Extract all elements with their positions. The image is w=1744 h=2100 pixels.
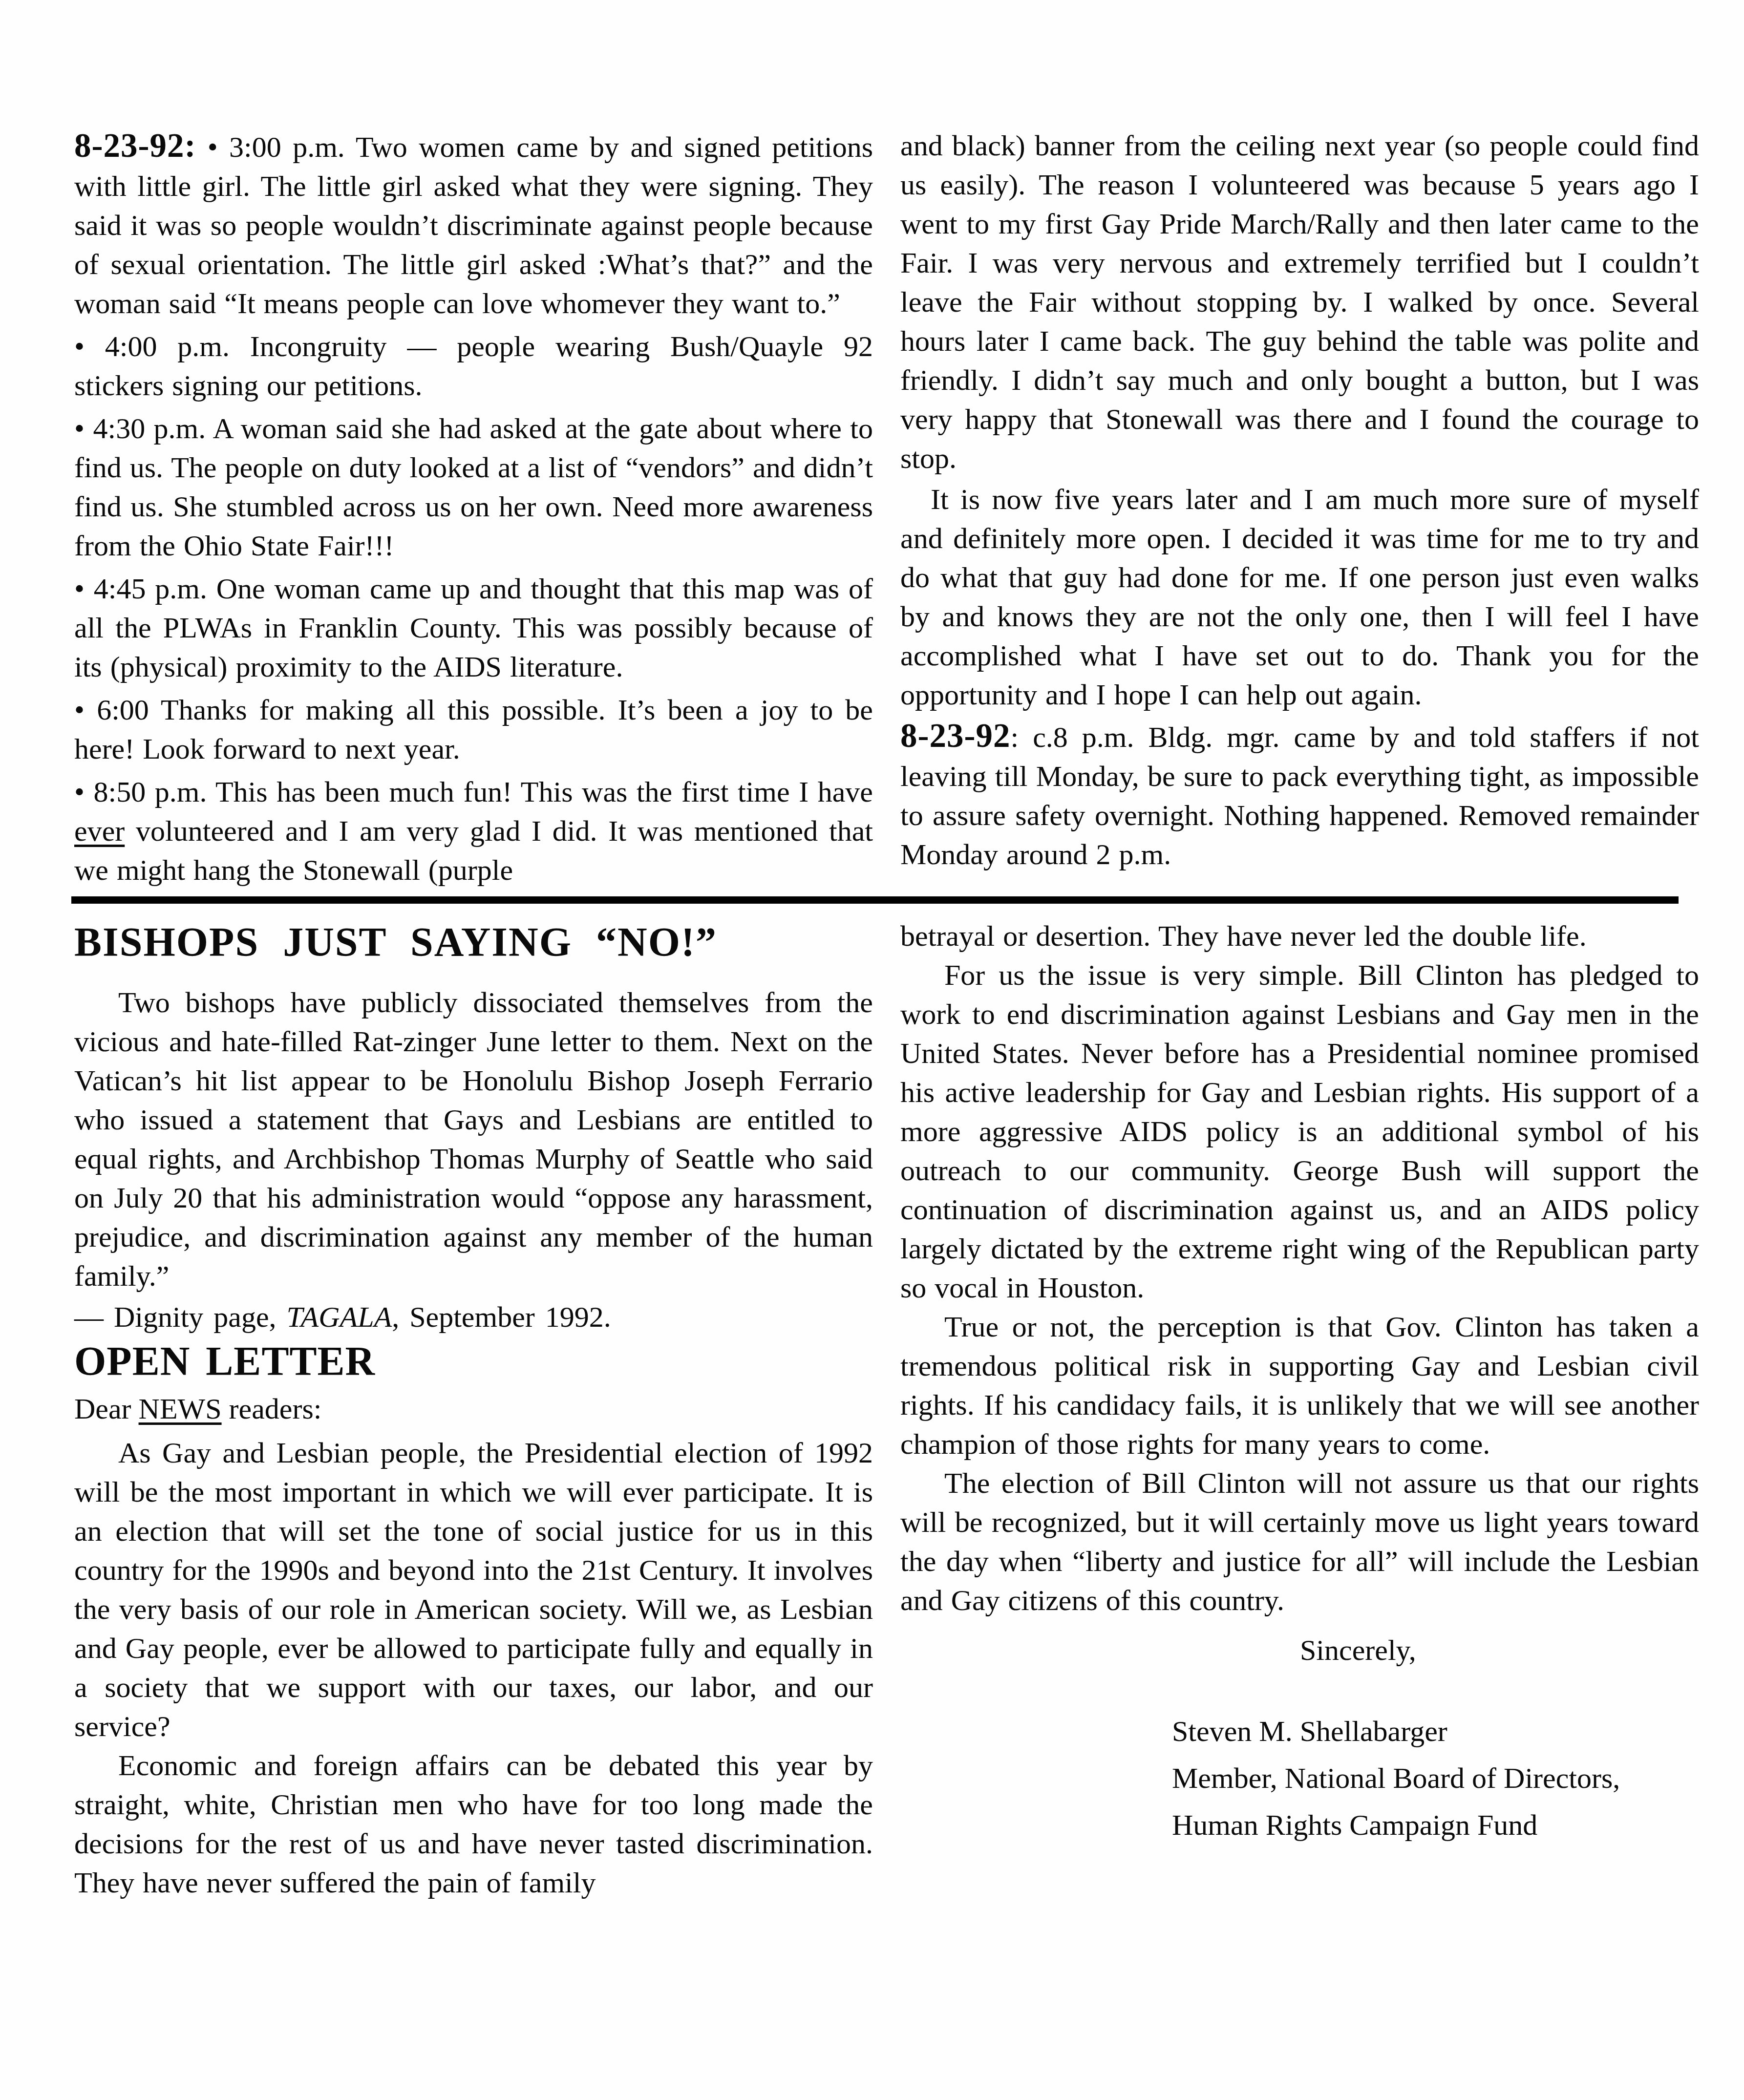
diary-entry: • 4:00 p.m. Incongruity — people wearing… xyxy=(74,327,873,405)
bottom-right-column: betrayal or desertion. They have never l… xyxy=(900,916,1699,1902)
diary-entry: • 8:50 p.m. This has been much fun! This… xyxy=(74,772,873,890)
diary-entry: 8-23-92: • 3:00 p.m. Two women came by a… xyxy=(74,126,873,323)
letter-closing: Sincerely, xyxy=(1300,1631,1699,1670)
signature-organization: Human Rights Campaign Fund xyxy=(1172,1802,1699,1848)
bishops-article-paragraph: Two bishops have publicly dissociated th… xyxy=(74,983,873,1295)
open-letter-paragraph: Economic and foreign affairs can be deba… xyxy=(74,1746,873,1902)
continued-line: betrayal or desertion. They have never l… xyxy=(900,916,1699,955)
scanned-newsletter-page: 8-23-92: • 3:00 p.m. Two women came by a… xyxy=(0,0,1744,2100)
diary-entry: 8-23-92: c.8 p.m. Bldg. mgr. came by and… xyxy=(900,716,1699,874)
volunteer-story-paragraph: It is now five years later and I am much… xyxy=(900,480,1699,714)
source-attribution: — Dignity page, TAGALA, September 1992. xyxy=(74,1296,873,1337)
section-divider-rule xyxy=(71,896,1679,904)
open-letter-paragraph: True or not, the perception is that Gov.… xyxy=(900,1307,1699,1464)
top-left-column: 8-23-92: • 3:00 p.m. Two women came by a… xyxy=(74,126,873,890)
bottom-left-column: BISHOPS JUST SAYING “NO!” Two bishops ha… xyxy=(74,916,873,1902)
signature-name: Steven M. Shellabarger xyxy=(1172,1708,1699,1755)
letter-salutation: Dear NEWS readers: xyxy=(74,1388,873,1429)
top-right-column: and black) banner from the ceiling next … xyxy=(900,126,1699,890)
signature-block: Steven M. Shellabarger Member, National … xyxy=(1172,1708,1699,1848)
diary-section: 8-23-92: • 3:00 p.m. Two women came by a… xyxy=(74,126,1699,890)
open-letter-paragraph: As Gay and Lesbian people, the President… xyxy=(74,1433,873,1746)
open-letter-headline: OPEN LETTER xyxy=(74,1338,873,1385)
diary-entry: • 4:30 p.m. A woman said she had asked a… xyxy=(74,409,873,565)
signature-title: Member, National Board of Directors, xyxy=(1172,1755,1699,1802)
articles-section: BISHOPS JUST SAYING “NO!” Two bishops ha… xyxy=(74,916,1699,1902)
volunteer-story-paragraph: and black) banner from the ceiling next … xyxy=(900,126,1699,478)
open-letter-paragraph: The election of Bill Clinton will not as… xyxy=(900,1464,1699,1620)
diary-entry: • 4:45 p.m. One woman came up and though… xyxy=(74,569,873,686)
bishops-headline: BISHOPS JUST SAYING “NO!” xyxy=(74,919,873,966)
open-letter-paragraph: For us the issue is very simple. Bill Cl… xyxy=(900,955,1699,1307)
diary-entry: • 6:00 Thanks for making all this possib… xyxy=(74,690,873,768)
